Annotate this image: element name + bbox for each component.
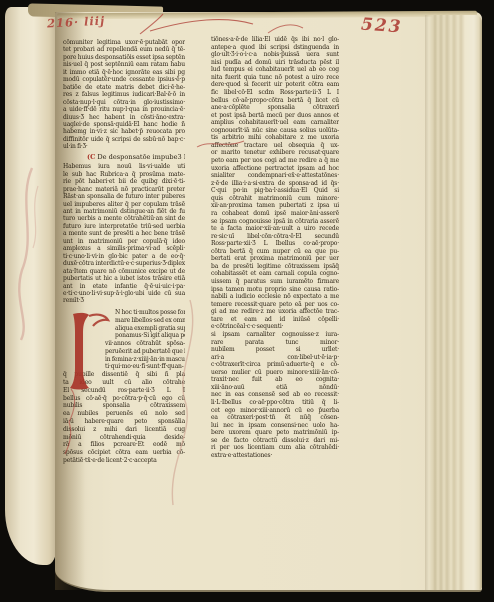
paragraph-habemus: Habemus iura nouū lis·vi·ualde utile sub… bbox=[63, 163, 185, 305]
text-line: amplius cohabitauerīt·uel eam carnaliter bbox=[211, 119, 339, 127]
text-line: ipsa tamen motu proprio sine causa ratio… bbox=[211, 286, 339, 294]
text-line: modū copulatēr·unde cessante ipsius·ē·p bbox=[63, 76, 185, 83]
text-line: lui nec in ipsam consensi·nec uolo ha- bbox=[211, 422, 339, 430]
text-line: q̄ pupille dissentiē q̄ sibi ñ pla bbox=[63, 371, 185, 379]
text-line: te a facta maior·xii·an·uult a uiro rece… bbox=[211, 225, 339, 233]
text-line: pore huius desponsatiōis esset ipsa sept… bbox=[63, 54, 185, 61]
text-line: a uide·ff·dē ritu nup·l·qua in prouincia… bbox=[63, 106, 185, 113]
fore-edge-page-stack bbox=[425, 15, 482, 590]
text-line: se ipsam cognouisse ipsā in cōtraria ass… bbox=[211, 218, 339, 226]
text-line: nita fuerit quia tunc nō potest a uiro r… bbox=[211, 74, 339, 82]
text-line: quis cōtrahit matrimoniū cum minore· bbox=[211, 195, 339, 203]
text-line: cohabitassēt et eam carnali copula cogno… bbox=[211, 270, 339, 278]
text-line: petātiē·tx̄·e·de licent·2·c·accepta bbox=[63, 457, 185, 465]
text-line: ea nubiles peruenēs eū nolo sed bbox=[63, 410, 185, 418]
text-line: in femina·z·xiiij·ān·in masculō bbox=[105, 356, 185, 364]
text-line: ari·a con·libel·ut·ē·ia·p· bbox=[211, 354, 339, 362]
text-line: traxit·nec fuit ab eo cognita· bbox=[211, 376, 339, 384]
text-line: uxoria affectione pertractet ipsam ad ho… bbox=[211, 165, 339, 173]
text-line: unt in matrimoniū per copulā·q̄ ideo bbox=[63, 238, 185, 245]
section-heading-text: De desponsatōe impube3 Rubica· bbox=[97, 153, 185, 161]
text-line: cognouerīt·iā nūc sine causa solius uolū… bbox=[211, 127, 339, 135]
text-line: nubilis sponsalia cōtraxissem bbox=[63, 402, 185, 410]
text-line: e·ti·c·uno·li·vi·sup·ā·i·glo·ubi uide cū… bbox=[63, 290, 185, 297]
text-line: ata·Item quare nō cōmunice excipe ut de bbox=[63, 268, 185, 275]
text-line: turo uerbis a mente cōtrahētiū·an sint d… bbox=[63, 215, 185, 222]
text-line: tis arbitrio mihi cohabitare z me uxoria bbox=[211, 134, 339, 142]
text-line: C·qui po·in pig·ba·l·assidua·El Quid si bbox=[211, 187, 339, 195]
text-line: gi ad me redire·z me uxoria affectōe tra… bbox=[211, 308, 339, 316]
text-line: Ross·parte·xii·Ʒ L Ibellus co·aē·propo· bbox=[211, 240, 339, 248]
text-line: cet ego minor·xiii·annorū cū eo p̄uerba bbox=[211, 407, 339, 415]
text-line: fic libel·cō·El scdm Ross·parte·ii·Ʒ L I bbox=[211, 89, 339, 97]
page-top-edge bbox=[57, 11, 477, 20]
text-line: ba de presēti legitime cōtraxissem ipsāq… bbox=[211, 263, 339, 271]
text-line: ane·a·cōplēte sponsalia cōtraxerī bbox=[211, 104, 339, 112]
text-line: nubilem posset si urllet· bbox=[211, 346, 339, 354]
text-line: ta ideo uult cū alio cōtrahe bbox=[63, 379, 185, 387]
text-line: uaglei·de sponsā·quidā·El hanc hodie ñ bbox=[63, 121, 185, 128]
text-line: peto eam per uos cogi ad me redire a q̄ … bbox=[211, 157, 339, 165]
text-line: nec in eas consensē sed ab eo recessit· bbox=[211, 391, 339, 399]
text-line: habemg in·vi·z sic habet·p̄ reuocata pro bbox=[63, 128, 185, 135]
text-line: vii·annos cōtrahūt spōsa- bbox=[105, 340, 185, 348]
text-line: rā a filios pcreare·Et eodē mō bbox=[63, 441, 185, 449]
text-line: batiōe de etate matris debet dici·ē·he- bbox=[63, 84, 185, 91]
section-heading: (C De desponsatōe impube3 Rubica· bbox=[63, 153, 185, 161]
right-text-column: tiōnes·a·ē·de lilia·El uidē q̄s ibi no·l… bbox=[211, 36, 339, 460]
text-line: mōniū cōtrahendi·quia deside- bbox=[63, 434, 185, 442]
text-line: dere·quod si fecerit uir poterit cōtra e… bbox=[211, 81, 339, 89]
text-line: El secundū ros·parte·ii·Ʒ L I bbox=[63, 387, 185, 395]
text-line: cōmuniter legitima uxor·ē·putabāt opor bbox=[63, 39, 185, 46]
text-line: diuus·Ʒ hec habent in cōsti·āno·extra· bbox=[63, 114, 185, 121]
text-line: amplexus a similis·prima·vi·ad scēpli· bbox=[63, 245, 185, 252]
text-line: aliqua exempli gratia sup- bbox=[115, 325, 185, 333]
text-line: se de facto cōtractū dissolui·z dari mi- bbox=[211, 437, 339, 445]
text-line: nabili a iudicio ecclesie nō expectato a… bbox=[211, 293, 339, 301]
text-line: prae·hanc materiā nō practicarūt preter bbox=[63, 186, 185, 193]
paragraph-in-hoc-titulo: N hoc ti·multos posse for-mare libellos·… bbox=[63, 309, 185, 465]
text-line: dissolui z mihi dari licentiā cug bbox=[63, 426, 185, 434]
text-line: tet probari ad repellendā eum nedū q̄ tē… bbox=[63, 46, 185, 53]
text-line: c·cōtraxerīt·circa primū·aduerte·q̄ e cō… bbox=[211, 361, 339, 369]
text-line: mare libellos·sed ex omnibg bbox=[115, 317, 185, 325]
text-line: nisi pudīa ad domū uiri trāsducta pēst i… bbox=[211, 59, 339, 67]
text-line: rare parata tunc minor· bbox=[211, 339, 339, 347]
text-line: affectōne tractare uel obsequia q̄ ux- bbox=[211, 142, 339, 150]
text-line: pubertatis ut hic a iubet istos trāsire … bbox=[63, 275, 185, 282]
pilcrow-mark: (C bbox=[87, 153, 95, 161]
book-page: 523 216· liij cōmuniter legitima uxor·ē·… bbox=[55, 12, 482, 592]
text-line: it immo etiā q̄·ē·hoc ignorāte eas sibi … bbox=[63, 69, 185, 76]
text-line: remīt·Ʒ bbox=[63, 297, 185, 304]
left-column-block1: cōmuniter legitima uxor·ē·putabāt oporte… bbox=[63, 39, 185, 151]
text-line: bellus cō·aē·q̄ po·cōtra·p·q̄·cū ego cū bbox=[63, 395, 185, 403]
text-line: xii·an·proxima tamen pubertati z ipsa ui bbox=[211, 202, 339, 210]
text-line: ra cohabeat domū ipsē maior·āni·asserē bbox=[211, 210, 339, 218]
text-line: ea cōtraxeri·post·tn̄ ēt nūq̄ cōsen- bbox=[211, 414, 339, 422]
folio-number: 523 bbox=[360, 15, 403, 38]
text-line: rie pōt haberi·et bii de quibg dixi·ē·ti… bbox=[63, 178, 185, 185]
text-line: xiii·āno·auū etiā nōndū· bbox=[211, 384, 339, 392]
facing-page-edge bbox=[5, 7, 57, 565]
text-line: re·sic·uī libel·cōn·cōtra·ē·El secundū bbox=[211, 233, 339, 241]
text-line: antepe·a quod ibi scripsi dstinguenda in bbox=[211, 44, 339, 52]
text-line: peruēerit ad pubertatē que in- bbox=[105, 348, 185, 356]
text-line: N hoc ti·multos posse for- bbox=[115, 309, 185, 317]
text-line: spōsus cōcipiet cōtra eam uerbia cō- bbox=[63, 449, 185, 457]
text-line: uel impuberes aliter q̄ per copulam trās… bbox=[63, 201, 185, 208]
text-line: ri per uos licentiam cum alia cōtrahēdi· bbox=[211, 444, 339, 452]
left-text-column: cōmuniter legitima uxor·ē·putabāt oporte… bbox=[63, 39, 185, 465]
text-line: si ipsam carnaliter cognouisse·z iura- bbox=[211, 331, 339, 339]
text-line: ponamus·Si igit aliqua post bbox=[115, 332, 185, 340]
text-line: ant in matrimoniū dstingue·an fiēt de fu bbox=[63, 208, 185, 215]
text-line: a mente sunt de presēti a hec bene trāsē bbox=[63, 230, 185, 237]
text-line: e·cōtrincēal·c·c·sequenti· bbox=[211, 323, 339, 331]
text-line: diffinitōr uide q̄ scripsi de ssbū·nō ba… bbox=[63, 136, 185, 143]
text-line: uerso mulier cū puero minore·xiiii·ān·cō… bbox=[211, 369, 339, 377]
text-line: extra·e·attestationes· bbox=[211, 452, 339, 460]
text-line: bere uxorem quare peto matrimōniū ip- bbox=[211, 429, 339, 437]
text-line: bertati erat proxima matrimoniū per uer bbox=[211, 255, 339, 263]
marginal-note-top-left: 216· liij bbox=[47, 13, 106, 30]
text-line: lud tempus ei cohabitauerīt uel ab eo co… bbox=[211, 66, 339, 74]
text-line: le sub hac Rubrica·a q̄ prosūma mate- bbox=[63, 171, 185, 178]
text-line: ti·c·uno·li·vi·in glo·bic pater a de eo·… bbox=[63, 253, 185, 260]
photo-frame: 523 216· liij cōmuniter legitima uxor·ē·… bbox=[0, 0, 494, 602]
text-line: uissem q̄ paratus sum iuramēto firmare bbox=[211, 278, 339, 286]
text-line: iā·ū habere·quare peto sponsālia bbox=[63, 418, 185, 426]
text-line: nis·uel q̄ post septēnniū eam ratam habu bbox=[63, 61, 185, 68]
text-line: Rāst·an sponsalia de futuro inter pubere… bbox=[63, 193, 185, 200]
text-line: tiōnes·a·ē·de lilia·El uidē q̄s ibi no·l… bbox=[211, 36, 339, 44]
text-line: glo·ult·Ʒ·i·o·i·c·a nobis·p̄uissā uera s… bbox=[211, 51, 339, 59]
text-line: ti·qui·mo·eu·fi·sunt·ff·quan- bbox=[105, 363, 185, 371]
text-line: snialiter condempnari·ex̄·e·attestatōnes… bbox=[211, 172, 339, 180]
text-line: bellus cō·aē·propo·cōtra bertā q̄ licet … bbox=[211, 97, 339, 105]
text-line: duxē·cōtra interdictū·e·c·superius·Ʒ·dip… bbox=[63, 260, 185, 267]
text-line: temere recessit·quare peto eā per uos co… bbox=[211, 301, 339, 309]
text-line: ul·in fi·Ʒ· bbox=[63, 143, 185, 150]
text-line: tare et eam ad id iniūsē cōpelli· bbox=[211, 316, 339, 324]
text-line: futuro iure interpretatōe triū·sed uerbi… bbox=[63, 223, 185, 230]
text-line: z·ē·de illia·i·a·si·extra de sponsa·ad i… bbox=[211, 180, 339, 188]
text-line: Habemus iura nouū lis·vi·ualde uti bbox=[63, 163, 185, 170]
text-line: or marito tenetur exhibere recusat·quare bbox=[211, 149, 339, 157]
text-line: ant in etate infantie q̄·ē·ui·uic·i·pa· bbox=[63, 283, 185, 290]
text-line: res z falsus legitimus iudicari·Bal·ē·ō … bbox=[63, 91, 185, 98]
text-line: cōtra bertā q̄ cum nuper cū ea que pu- bbox=[211, 248, 339, 256]
text-line: et post ipsā bertā mecū per duos annos e… bbox=[211, 112, 339, 120]
text-line: cōsta·nup·l·qui cōtra·in glo·iustissimo· bbox=[63, 99, 185, 106]
text-line: li·L·Ibellus co·aē·ppo·cōtra titiū q̄ li… bbox=[211, 399, 339, 407]
